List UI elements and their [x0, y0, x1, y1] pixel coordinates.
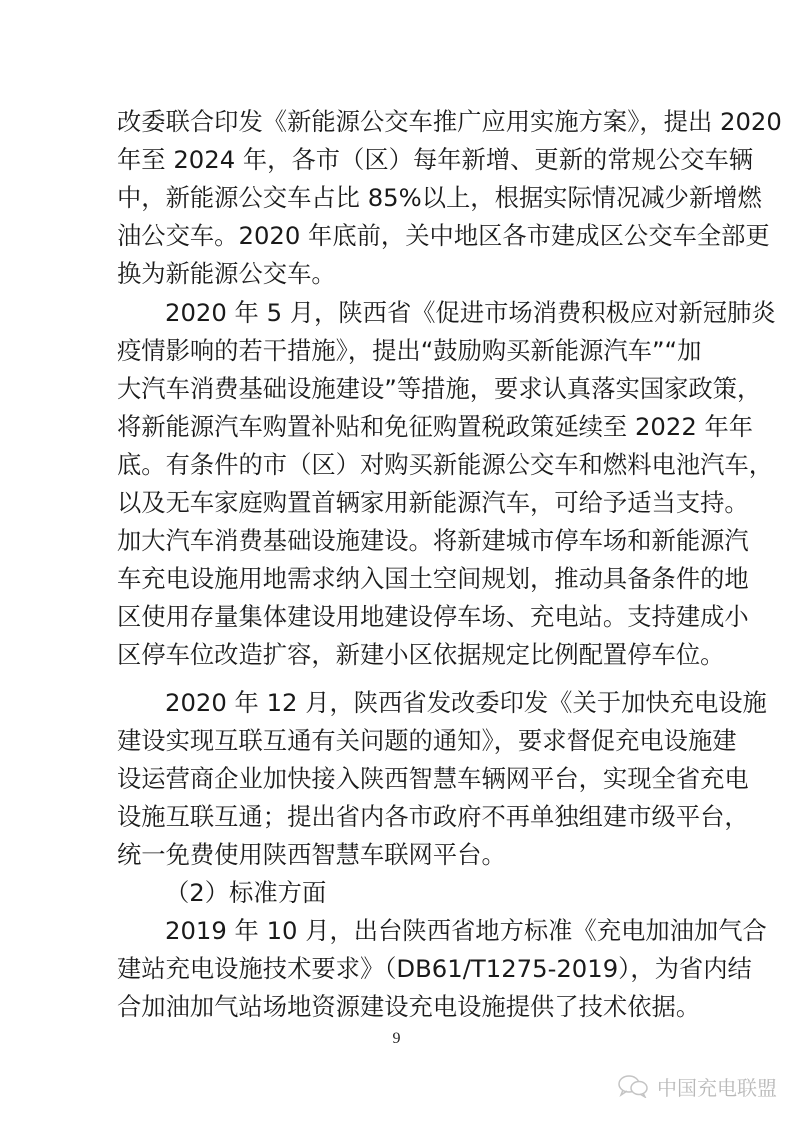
- paragraph-line: 油公交车。2020 年底前，关中地区各市建成区公交车全部更: [117, 217, 679, 255]
- paragraph-line: 加大汽车消费基础设施建设。将新建城市停车场和新能源汽: [117, 522, 679, 560]
- paragraph-line: 区使用存量集体建设用地建设停车场、充电站。支持建成小: [117, 598, 679, 636]
- wechat-icon: [617, 1074, 649, 1098]
- paragraph-line: 区停车位改造扩容，新建小区依据规定比例配置停车位。: [117, 636, 679, 674]
- paragraph-line: 以及无车家庭购置首辆家用新能源汽车，可给予适当支持。: [117, 484, 679, 522]
- paragraph-line: 车充电设施用地需求纳入国土空间规划，推动具备条件的地: [117, 560, 679, 598]
- document-page: 改委联合印发《新能源公交车推广应用实施方案》，提出 2020 年至 2024 年…: [0, 0, 793, 1122]
- paragraph-line: 统一免费使用陕西智慧车联网平台。: [117, 836, 679, 874]
- paragraph-line: 2020 年 12 月，陕西省发改委印发《关于加快充电设施: [165, 684, 679, 722]
- paragraph-line: 大汽车消费基础设施建设”等措施，要求认真落实国家政策，: [117, 370, 679, 408]
- paragraph-line: 底。有条件的市（区）对购买新能源公交车和燃料电池汽车，: [117, 446, 679, 484]
- watermark: 中国充电联盟: [617, 1072, 777, 1100]
- paragraph-line: 换为新能源公交车。: [117, 255, 679, 293]
- paragraph-line: 年至 2024 年，各市（区）每年新增、更新的常规公交车辆: [117, 141, 679, 179]
- paragraph-line: 2019 年 10 月，出台陕西省地方标准《充电加油加气合: [165, 912, 679, 950]
- paragraph-line: 建设实现互联互通有关问题的通知》，要求督促充电设施建: [117, 722, 679, 760]
- paragraph-line: 将新能源汽车购置补贴和免征购置税政策延续至 2022 年年: [117, 408, 679, 446]
- paragraph-line: 合加油加气站场地资源建设充电设施提供了技术依据。: [117, 988, 679, 1026]
- paragraph-line: 设运营商企业加快接入陕西智慧车辆网平台，实现全省充电: [117, 760, 679, 798]
- paragraph-line: 改委联合印发《新能源公交车推广应用实施方案》，提出 2020: [117, 103, 679, 141]
- watermark-text: 中国充电联盟: [657, 1072, 777, 1101]
- paragraph-line: 2020 年 5 月，陕西省《促进市场消费积极应对新冠肺炎: [165, 294, 679, 332]
- page-number: 9: [0, 1030, 793, 1048]
- paragraph-line: 中，新能源公交车占比 85%以上，根据实际情况减少新增燃: [117, 179, 679, 217]
- paragraph-line: 疫情影响的若干措施》，提出“鼓励购买新能源汽车”“加: [117, 332, 679, 370]
- paragraph-line: 建站充电设施技术要求》（DB61/T1275-2019），为省内结: [117, 950, 679, 988]
- section-heading: （2）标准方面: [165, 874, 465, 912]
- paragraph-line: 设施互联互通；提出省内各市政府不再单独组建市级平台，: [117, 798, 679, 836]
